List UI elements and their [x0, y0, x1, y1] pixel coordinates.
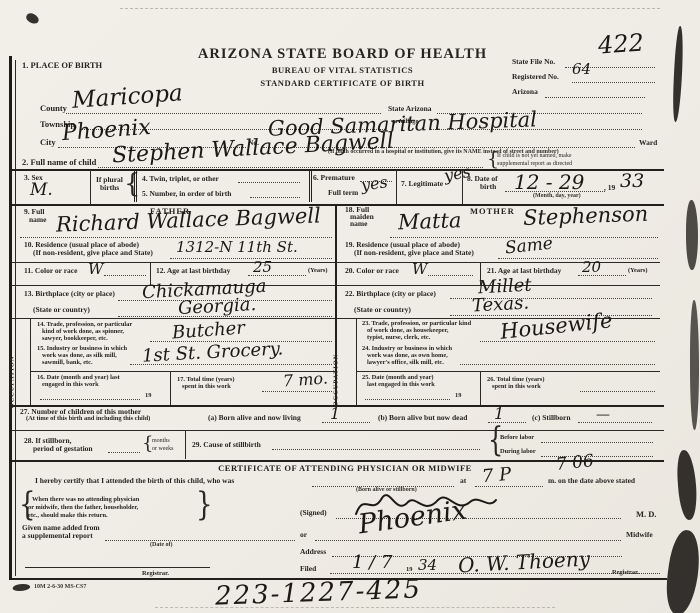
mother-color-value: W: [412, 262, 427, 277]
child-note-line1: If child is not yet named, make: [497, 153, 571, 159]
divider: [30, 318, 31, 405]
scan-artifact-bottomline: [155, 607, 555, 608]
form-title: ARIZONA STATE BOARD OF HEALTH: [170, 47, 515, 62]
if-stillborn-label2: period of gestation: [33, 445, 93, 453]
dotted-line: [578, 421, 652, 423]
no-physician-note3: etc., should make this return.: [28, 513, 108, 519]
filed-date-value: 1 / 7: [352, 554, 392, 572]
child-name-label: 2. Full name of child: [22, 158, 96, 167]
dotted-line: [541, 441, 653, 443]
child-name-value: Stephen Wallace Bagwell: [112, 131, 395, 168]
dotted-line: [505, 190, 605, 192]
father-name-label2: name: [29, 216, 47, 224]
mother-state-country-label: (State or country): [354, 306, 411, 314]
born-alive-dead-label: (b) Born alive but now dead: [378, 414, 467, 422]
county-value: Maricopa: [71, 82, 183, 113]
dotted-line: [428, 274, 473, 276]
father-total-value: 7 mo.: [282, 370, 328, 389]
father-industry-label3: sawmill, bank, etc.: [42, 360, 93, 366]
father-years-label: (Years): [308, 268, 328, 274]
dotted-line: [498, 257, 658, 259]
stillborn-count-value: —: [596, 408, 610, 422]
form-code: 10M 2-6-30 MS-CS7: [34, 584, 86, 590]
father-date-19: 19: [145, 393, 151, 399]
children-count-label2: (At time of this birth and including thi…: [26, 416, 150, 422]
mother-residence-label2: (If non-resident, give place and State): [354, 249, 474, 257]
rule: [336, 262, 660, 263]
premature-label: 6. Premature: [313, 174, 355, 182]
mother-age-value: 20: [582, 260, 601, 275]
before-labor-label: Before labor: [500, 435, 534, 441]
dotted-line: [460, 363, 655, 365]
stillborn-count-label: (c) Stillborn: [532, 414, 571, 422]
md-label: M. D.: [636, 510, 657, 519]
time-of-birth-value: 7 06: [555, 453, 594, 474]
dotted-line: [322, 421, 370, 423]
father-industry-value: 1st St. Grocery.: [142, 340, 284, 365]
registrar-label-right: Registrar.: [612, 570, 639, 576]
child-note-line2: supplemental report as directed: [497, 161, 572, 167]
registered-label: Registered No.: [512, 73, 559, 81]
year-value: 33: [620, 172, 644, 191]
born-alive-living-value: 1: [330, 406, 340, 422]
mother-residence-value: Same: [504, 236, 553, 258]
dotted-line: [545, 96, 645, 98]
dotted-line: [572, 81, 655, 83]
or-label: or: [300, 531, 307, 539]
dotted-line: [98, 166, 483, 168]
scan-artifact-corner: [25, 12, 41, 26]
mother-years-label: (Years): [628, 268, 648, 274]
divider: [480, 371, 481, 405]
twin-label: 4. Twin, triplet, or other: [142, 175, 219, 183]
mother-name-value: Matta Stephenson: [398, 204, 649, 234]
divider: [90, 169, 91, 204]
rule: [25, 567, 210, 568]
dob-note: (Month, day, year): [533, 193, 581, 199]
no-physician-note2: or midwife, then the father, householder…: [28, 505, 138, 511]
scan-artifact-right-blob4: [662, 528, 700, 613]
born-alive-living-label: (a) Born alive and now living: [208, 414, 301, 422]
divider: [356, 318, 357, 405]
state-file-number-value: 422: [597, 30, 644, 57]
father-birthplace-label: 13. Birthplace (city or place): [24, 290, 115, 298]
mother-occupation-vertical-label: OCCUPATION: [334, 354, 340, 407]
divider: [170, 371, 171, 405]
filed-year-value: 34: [418, 558, 437, 573]
mother-trade-label3: typist, nurse, clerk, etc.: [367, 335, 430, 341]
dotted-line: [330, 572, 660, 574]
father-state-country-label: (State or country): [33, 306, 90, 314]
dotted-line: [118, 315, 332, 317]
midwife-label: Midwife: [626, 531, 653, 539]
rule: [12, 318, 335, 319]
father-color-label: 11. Color or race: [24, 267, 77, 275]
dotted-line: [262, 390, 332, 392]
given-name-added-label2: a supplemental report: [22, 532, 93, 540]
divider: [396, 169, 397, 204]
dotted-line: [365, 398, 450, 400]
dotted-line: [104, 274, 146, 276]
father-age-value: 25: [253, 260, 272, 275]
or-weeks-label: or weeks: [152, 446, 174, 452]
certify-line: I hereby certify that I attended the bir…: [35, 477, 234, 485]
plural-births-label2: births: [100, 184, 119, 192]
mother-color-label: 20. Color or race: [345, 267, 399, 275]
father-age-label: 12. Age at last birthday: [156, 267, 230, 275]
mother-industry-label3: lawyer's office, silk mill, etc.: [367, 360, 444, 366]
rule: [356, 371, 660, 372]
dotted-line: [170, 257, 332, 259]
father-date-label2: engaged in this work: [42, 382, 99, 388]
on-date-above-label: m. on the date above stated: [548, 477, 635, 485]
dotted-line: [238, 181, 300, 183]
dotted-line: [130, 363, 332, 365]
dotted-line: [480, 340, 655, 342]
arizona-label: Arizona: [512, 88, 538, 96]
legitimate-label: 7. Legitimate: [401, 180, 443, 188]
mother-birthplace-state: Texas.: [472, 295, 530, 316]
scan-artifact-right-blob1: [686, 200, 698, 270]
full-term-value: yes: [360, 174, 389, 194]
signed-label: (Signed): [300, 509, 327, 517]
place-of-birth-label: 1. PLACE OF BIRTH: [22, 61, 102, 70]
father-name-value: Richard Wallace Bagwell: [56, 205, 321, 235]
father-total-label2: spent in this work: [182, 384, 231, 390]
date-of-birth-label2: birth: [480, 183, 496, 191]
mother-date-19: 19: [455, 393, 461, 399]
city-label: City: [40, 138, 56, 147]
divider: [462, 169, 463, 204]
registrar-label-left: Registrar.: [142, 571, 169, 577]
city-value: Phoenix: [61, 117, 151, 145]
rule: [12, 262, 335, 263]
divider: [185, 430, 186, 459]
dotted-line: [578, 274, 626, 276]
at-time-value: 7 P: [481, 466, 512, 486]
date-of-label: (Date of): [150, 542, 173, 548]
dotted-line: [250, 196, 300, 198]
scan-artifact-topline: [120, 8, 660, 9]
dotted-line: [272, 448, 480, 450]
mother-total-label2: spent in this work: [492, 384, 541, 390]
months-label: months: [152, 438, 170, 444]
scan-artifact-right-blob3: [676, 449, 699, 520]
father-residence-value: 1312-N 11th St.: [176, 240, 298, 255]
mother-birthplace-label: 22. Birthplace (city or place): [345, 290, 436, 298]
filed-label: Filed: [300, 565, 316, 573]
dotted-line: [40, 398, 140, 400]
year-printed: , 19: [604, 184, 615, 192]
ward-label: Ward: [639, 139, 657, 147]
county-label: County: [40, 104, 67, 113]
father-residence-label2: (If non-resident, give place and State): [33, 249, 153, 257]
state-file-label: State File No.: [512, 58, 555, 66]
scan-artifact-right-streak: [671, 26, 684, 122]
mother-age-label: 21. Age at last birthday: [487, 267, 561, 275]
address-label: Address: [300, 548, 326, 556]
birth-order-label: 5. Number, in order of birth: [142, 190, 231, 198]
mother-name-label3: name: [350, 220, 368, 228]
full-term-label: Full term: [328, 189, 358, 197]
cause-of-stillbirth-label: 29. Cause of stillbirth: [192, 441, 261, 449]
scan-artifact-right-blob2: [690, 300, 699, 430]
birth-certificate-scan: in order of birth stated, 422 State File…: [0, 0, 700, 613]
during-labor-label: During labor: [500, 449, 536, 455]
at-label: at: [460, 477, 466, 485]
printer-mark: [11, 584, 32, 591]
form-subtitle-certificate: STANDARD CERTIFICATE OF BIRTH: [170, 79, 515, 88]
father-trade-label3: sawyer, bookkeeper, etc.: [42, 336, 108, 342]
dotted-line: [108, 451, 140, 453]
father-occupation-vertical-label: OCCUPATION: [10, 356, 16, 409]
dotted-line: [580, 390, 655, 392]
date-of-birth-value: 12 - 29: [514, 172, 584, 192]
sex-value: M.: [30, 182, 53, 199]
form-subtitle-bureau: BUREAU OF VITAL STATISTICS: [170, 66, 515, 75]
father-color-value: W: [88, 262, 103, 277]
registered-number-value: 64: [572, 62, 591, 77]
dotted-line: [105, 539, 295, 541]
no-physician-brace-right: }: [196, 489, 213, 522]
bottom-reference-number: 223-1227-425: [215, 576, 423, 609]
mother-date-label2: last engaged in this work: [367, 382, 435, 388]
margin-vertical-note: in order of birth stated,: [0, 156, 1, 336]
rule: [12, 430, 664, 431]
no-physician-note1: When there was no attending physician: [32, 497, 139, 503]
